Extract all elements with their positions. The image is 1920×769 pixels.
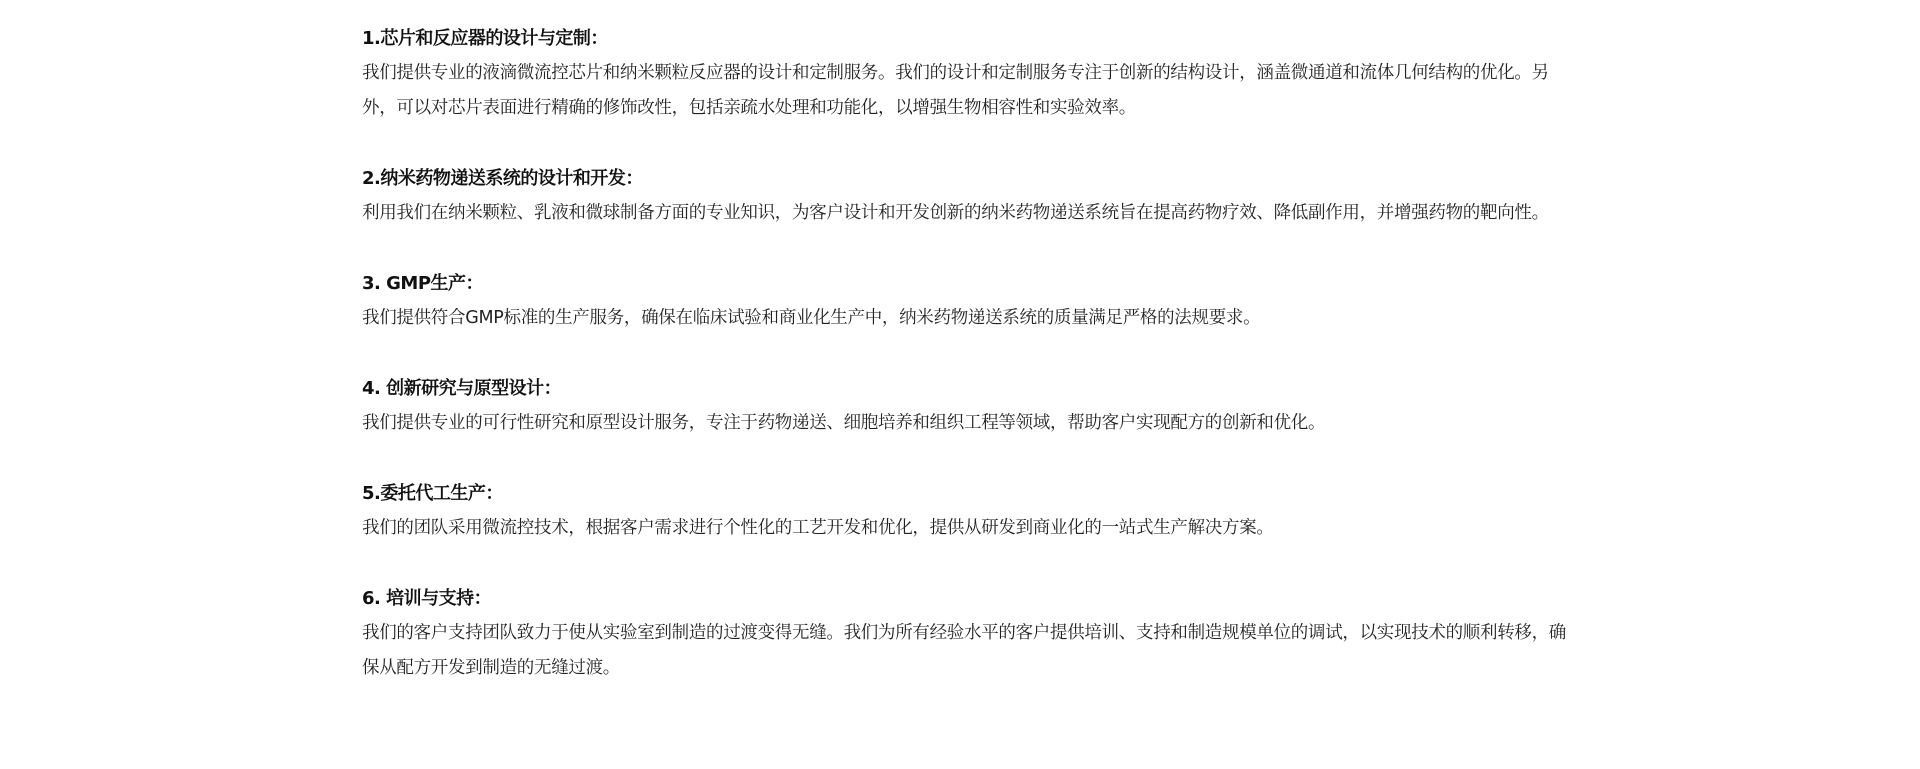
service-training-support: 6. 培训与支持： 我们的客户支持团队致力于使从实验室到制造的过渡变得无缝。我们…	[362, 581, 1577, 686]
section-title: 6. 培训与支持：	[362, 581, 1577, 616]
section-body: 利用我们在纳米颗粒、乳液和微球制备方面的专业知识，为客户设计和开发创新的纳米药物…	[362, 196, 1577, 231]
section-title: 1.芯片和反应器的设计与定制：	[362, 21, 1577, 56]
service-nano-drug-delivery: 2.纳米药物递送系统的设计和开发： 利用我们在纳米颗粒、乳液和微球制备方面的专业…	[362, 161, 1577, 231]
section-title: 2.纳米药物递送系统的设计和开发：	[362, 161, 1577, 196]
section-title: 5.委托代工生产：	[362, 476, 1577, 511]
service-chip-reactor-design: 1.芯片和反应器的设计与定制： 我们提供专业的液滴微流控芯片和纳米颗粒反应器的设…	[362, 21, 1577, 126]
section-body: 我们的客户支持团队致力于使从实验室到制造的过渡变得无缝。我们为所有经验水平的客户…	[362, 616, 1577, 686]
service-research-prototyping: 4. 创新研究与原型设计： 我们提供专业的可行性研究和原型设计服务，专注于药物递…	[362, 371, 1577, 441]
section-body: 我们提供专业的可行性研究和原型设计服务，专注于药物递送、细胞培养和组织工程等领域…	[362, 406, 1577, 441]
section-body: 我们的团队采用微流控技术，根据客户需求进行个性化的工艺开发和优化，提供从研发到商…	[362, 511, 1577, 546]
service-contract-manufacturing: 5.委托代工生产： 我们的团队采用微流控技术，根据客户需求进行个性化的工艺开发和…	[362, 476, 1577, 546]
services-list: 1.芯片和反应器的设计与定制： 我们提供专业的液滴微流控芯片和纳米颗粒反应器的设…	[362, 21, 1577, 721]
section-body: 我们提供专业的液滴微流控芯片和纳米颗粒反应器的设计和定制服务。我们的设计和定制服…	[362, 56, 1577, 126]
section-title: 4. 创新研究与原型设计：	[362, 371, 1577, 406]
service-gmp-production: 3. GMP生产： 我们提供符合GMP标准的生产服务，确保在临床试验和商业化生产…	[362, 266, 1577, 336]
section-title: 3. GMP生产：	[362, 266, 1577, 301]
section-body: 我们提供符合GMP标准的生产服务，确保在临床试验和商业化生产中，纳米药物递送系统…	[362, 301, 1577, 336]
